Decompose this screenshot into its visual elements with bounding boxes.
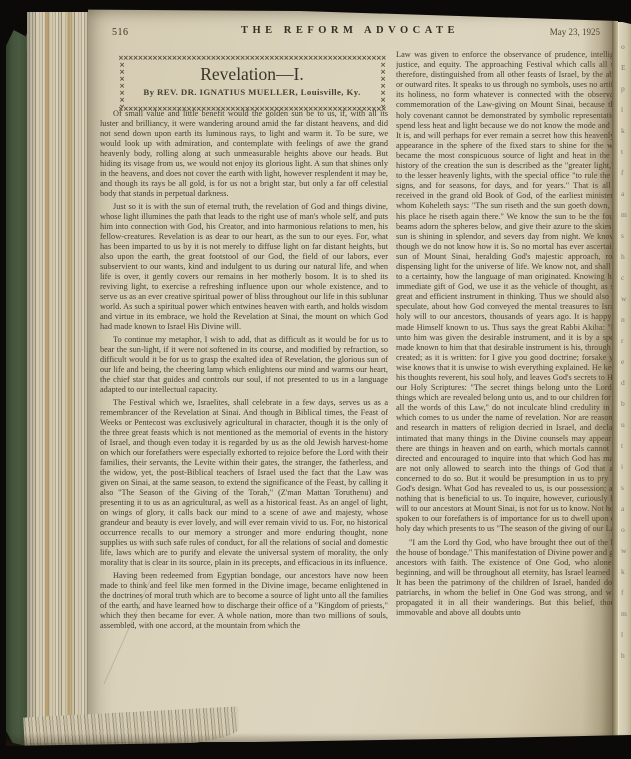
paragraph: Of small value and little benefit would … [100, 109, 388, 199]
journal-title: THE REFORM ADVOCATE [88, 25, 612, 36]
scan-background-left [0, 0, 6, 759]
right-column: Law was given to enforce the observance … [396, 50, 612, 718]
paragraph: Law was given to enforce the observance … [396, 50, 612, 535]
running-header: 516 THE REFORM ADVOCATE May 23, 1925 [88, 25, 612, 41]
paragraph: Just so it is with the sun of eternal tr… [100, 202, 388, 332]
decorative-border-top: ××××××××××××××××××××××××××××××××××××××××… [118, 55, 386, 62]
paragraph: "I am the Lord thy God, who have brought… [396, 538, 612, 619]
page-edge-band [44, 12, 51, 743]
article-title: Revelation—I. [126, 63, 378, 85]
adjacent-page-edge: o E p l k t f a m s h c w n r e d b u t … [618, 22, 631, 741]
stacked-page-edges [27, 12, 97, 743]
paragraph: The Festival which we, Israelites, shall… [100, 398, 388, 568]
paragraph: Having been redeemed from Egyptian bonda… [100, 571, 388, 631]
cut-off-text-fragments: o E p l k t f a m s h c w n r e d b u t … [621, 36, 627, 666]
article-byline: By REV. DR. IGNATIUS MUELLER, Louisville… [126, 87, 378, 97]
page-edge-band [66, 12, 73, 743]
paragraph: To continue my metaphor, I wish to add, … [100, 335, 388, 395]
magazine-page: 516 THE REFORM ADVOCATE May 23, 1925 ×××… [88, 9, 612, 742]
decorative-border-right: ×××××××××××××××××××× [379, 61, 386, 107]
page-fold-shadow [582, 9, 612, 742]
scanned-book-page: 516 THE REFORM ADVOCATE May 23, 1925 ×××… [0, 0, 631, 759]
decorative-border-left: ×××××××××××××××××××× [118, 61, 125, 107]
left-column: Of small value and little benefit would … [100, 109, 388, 723]
article-title-box: ××××××××××××××××××××××××××××××××××××××××… [118, 55, 386, 113]
